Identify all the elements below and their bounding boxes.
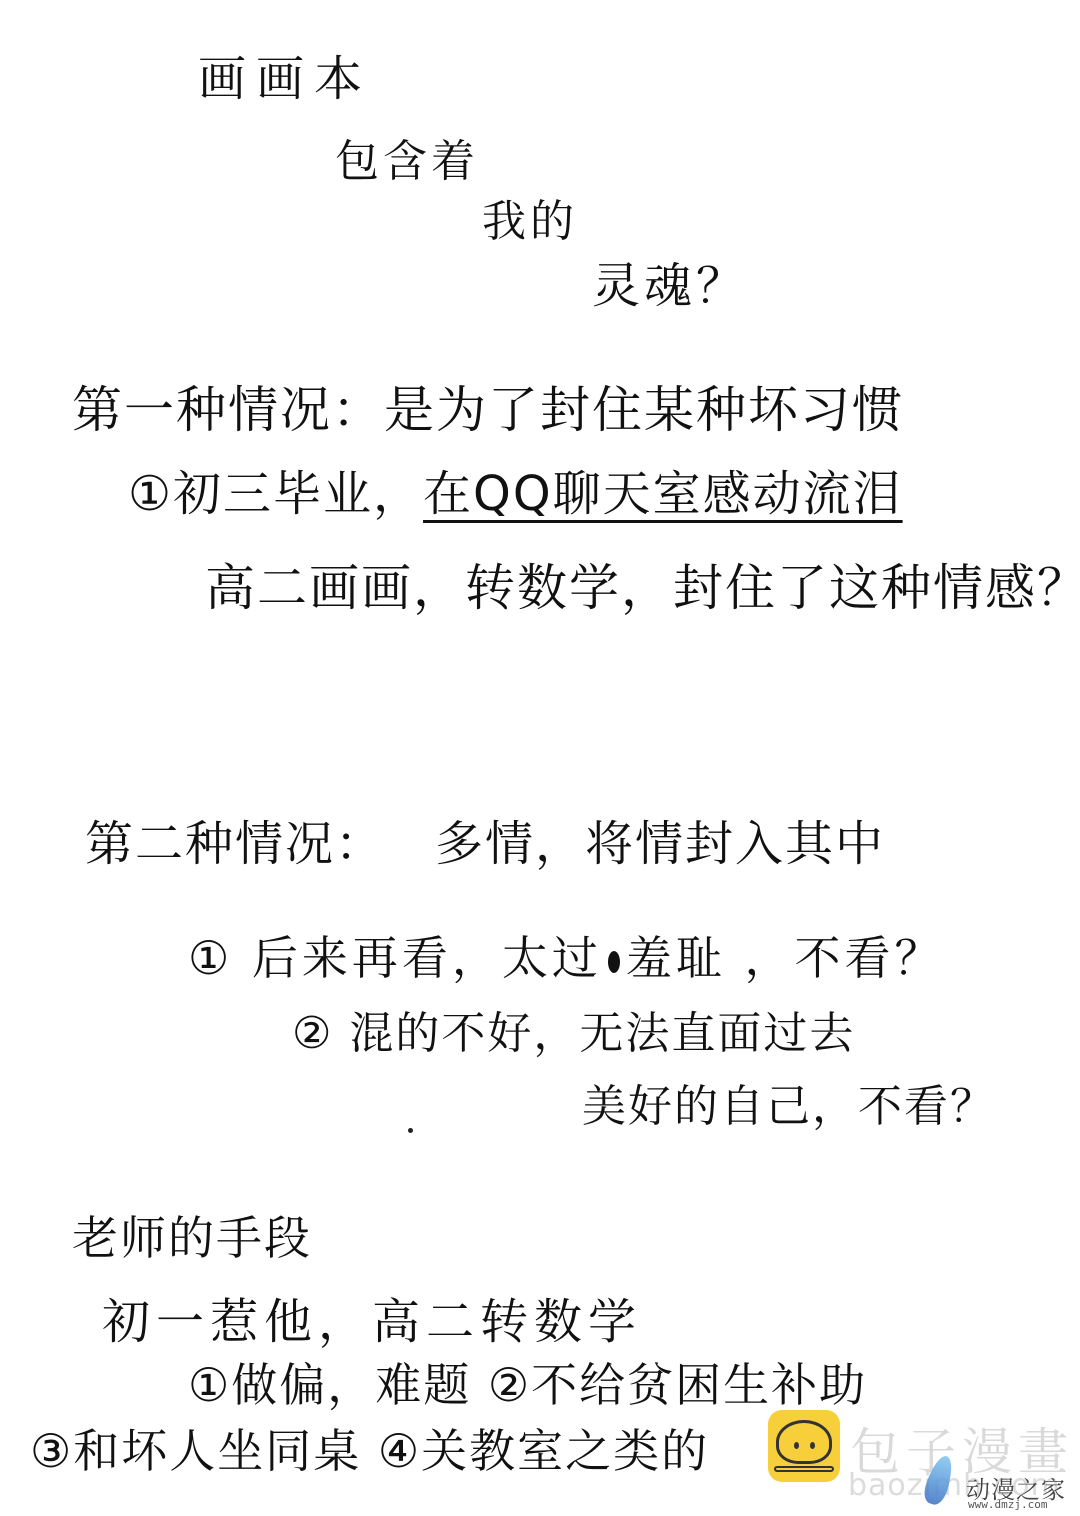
title-line-1: 画画本 [198, 55, 372, 103]
bun-eye-left [794, 1442, 799, 1449]
baozi-logo-icon [768, 1410, 840, 1482]
title-line-4: 灵魂？ [592, 262, 748, 310]
case2-item-1: ① 后来再看，太过羞耻 ，不看？ [188, 935, 945, 981]
ink-blot-icon [608, 951, 620, 973]
teacher-heading: 老师的手段 [72, 1215, 312, 1261]
case1-item-1: ①初三毕业，在QQ聊天室感动流泪 [128, 470, 903, 518]
bun-plate [774, 1466, 834, 1472]
dmzj-watermark-url: www.dmzj.com [968, 1498, 1047, 1511]
bun-eye-right [810, 1442, 815, 1449]
title-line-2: 包含着 [335, 140, 479, 184]
case1-item-1-underlined: 在QQ聊天室感动流泪 [423, 466, 903, 522]
case1-heading: 第一种情况：是为了封住某种坏习惯 [72, 385, 904, 435]
case1-item-1-prefix: ①初三毕业， [128, 466, 423, 522]
stray-dot [408, 1128, 413, 1133]
case2-heading: 第二种情况：多情，将情封入其中 [85, 820, 885, 868]
bun-shape [776, 1420, 832, 1464]
teacher-items-line-1: ①做偏，难题 ②不给贫困生补助 [188, 1362, 867, 1408]
case2-heading-text: 多情，将情封入其中 [435, 816, 885, 872]
case2-item-1-b: 羞耻 ，不看？ [626, 931, 945, 985]
teacher-items-line-2: ③和坏人坐同桌 ④关教室之类的 [30, 1428, 709, 1474]
case2-heading-label: 第二种情况： [85, 816, 385, 872]
case2-item-1-a: ① 后来再看，太过 [188, 931, 602, 985]
case1-item-1-continued: 高二画画，转数学，封住了这种情感？ [205, 563, 1080, 613]
title-line-3: 我的 [482, 200, 578, 244]
case2-item-2-continued: 美好的自己，不看？ [582, 1085, 996, 1129]
case2-item-2: ② 混的不好，无法直面过去 [292, 1012, 855, 1056]
teacher-subheading: 初一惹他，高二转数学 [102, 1298, 642, 1346]
